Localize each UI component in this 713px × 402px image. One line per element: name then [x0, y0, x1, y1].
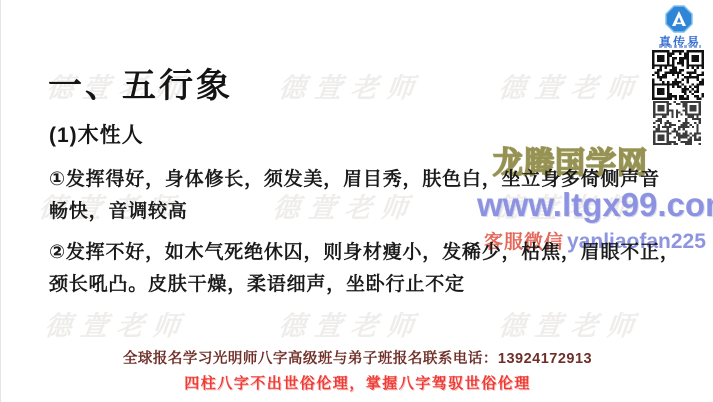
- slide-title: 一、五行象: [48, 58, 233, 107]
- section-heading: (1)木性人: [49, 119, 144, 149]
- body-line: ①发挥得好，身体修长，须发美，眉目秀，肤色白，坐立身多倚侧声音: [49, 164, 689, 196]
- slide-content: 一、五行象 (1)木性人 ①发挥得好，身体修长，须发美，眉目秀，肤色白，坐立身多…: [1, 0, 713, 402]
- brand-tagline-decoration: [659, 45, 701, 48]
- body-text: ①发挥得好，身体修长，须发美，眉目秀，肤色白，坐立身多倚侧声音 畅快，音调较高 …: [49, 164, 689, 301]
- paragraph-wood-unfavorable: ②发挥不好，如木气死绝休囚，则身材瘦小，发稀少，枯焦，眉眼不正， 颈长吼凸。皮肤…: [49, 237, 689, 301]
- octagon-badge-icon: [665, 5, 693, 33]
- paragraph-wood-favorable: ①发挥得好，身体修长，须发美，眉目秀，肤色白，坐立身多倚侧声音 畅快，音调较高: [49, 164, 689, 228]
- body-line: ②发挥不好，如木气死绝休囚，则身材瘦小，发稀少，枯焦，眉眼不正，: [49, 237, 689, 269]
- footer-contact-line: 全球报名学习光明师八字高级班与弟子班报名联系电话：13924172913: [1, 347, 713, 368]
- footer-slogan-line: 四柱八字不出世俗伦理，掌握八字驾驭世俗伦理: [1, 372, 713, 393]
- qr-code-top: [652, 50, 704, 100]
- slide-page: { "title": "一、五行象", "section": { "headin…: [0, 0, 713, 402]
- qr-code-bottom: [653, 101, 701, 145]
- body-line: 畅快，音调较高: [49, 196, 689, 228]
- body-line: 颈长吼凸。皮肤干燥，柔语细声，坐卧行止不定: [49, 269, 689, 301]
